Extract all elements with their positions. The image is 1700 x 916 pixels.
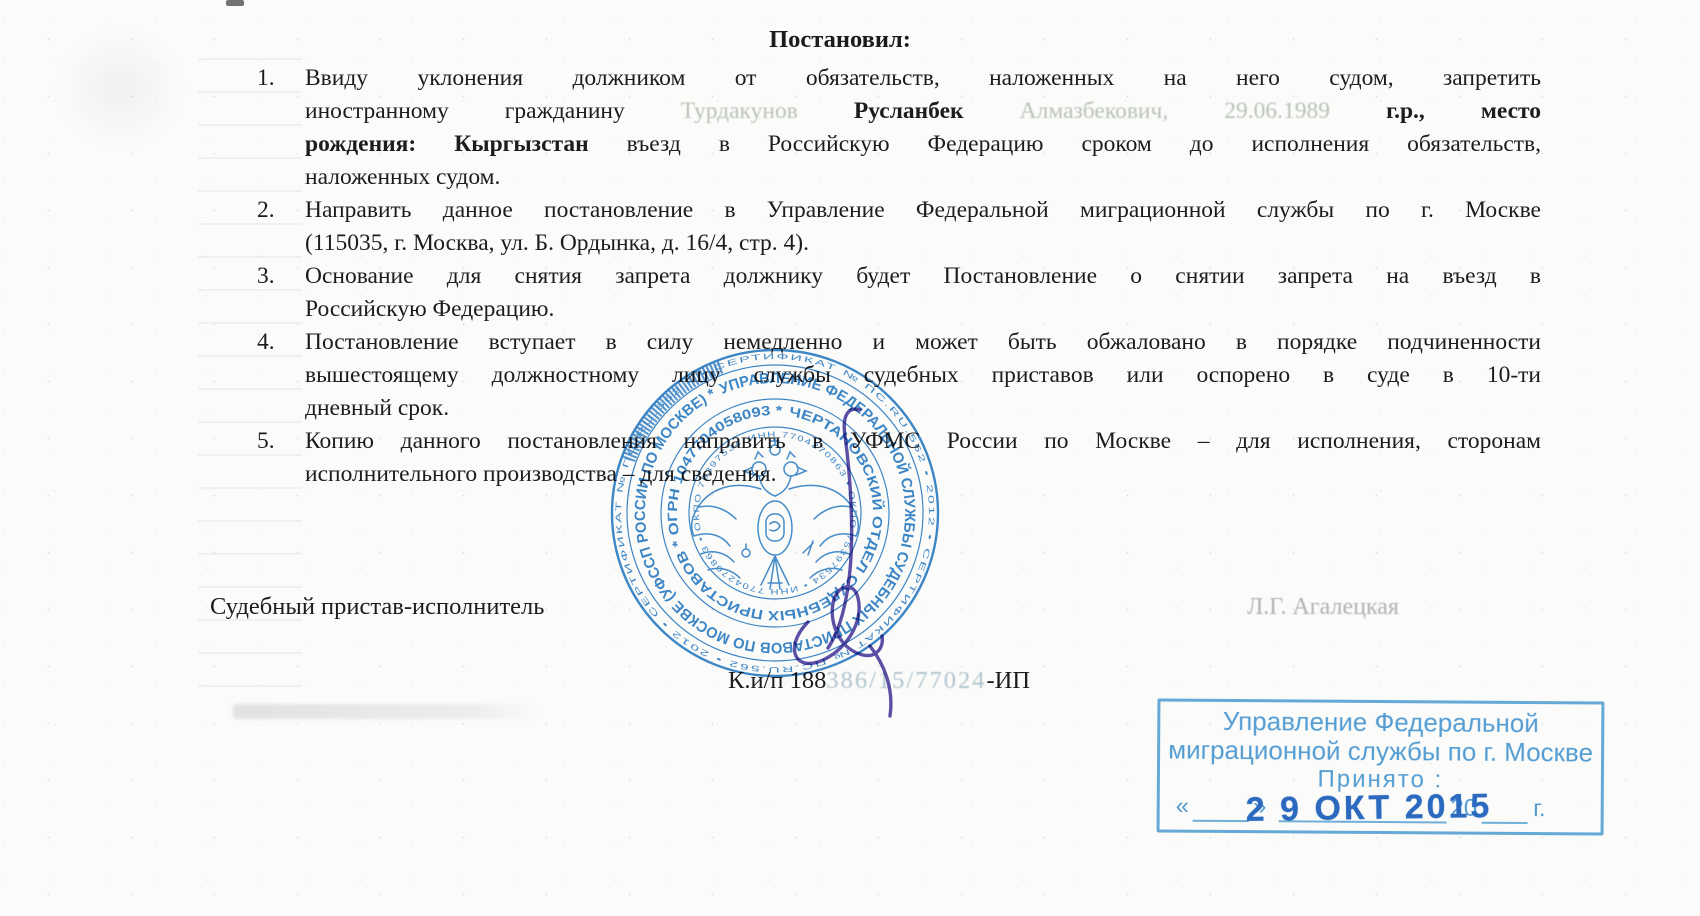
list-item-number: 2. (257, 194, 305, 260)
text-line: рождения: Кыргызстан въезд в Российскую … (305, 128, 1541, 161)
blank-day-field (1193, 798, 1249, 822)
page-title: Постановил: (305, 25, 1375, 55)
bold-birthplace: рождения: Кыргызстан (305, 131, 589, 157)
text-line: (115035, г. Москва, ул. Б. Ордынка, д. 1… (305, 227, 1541, 260)
quote-open: « (1176, 792, 1190, 822)
text-line: Ввиду уклонения должником от обязательст… (305, 62, 1541, 95)
case-number-suffix: -ИП (987, 667, 1031, 694)
illegible-ghost-text (233, 704, 538, 719)
list-item-number: 3. (257, 260, 305, 326)
text-line: Основание для снятия запрета должнику бу… (305, 260, 1541, 293)
bold-segment: г.р., место (1330, 98, 1541, 124)
signature-label: Судебный пристав-исполнитель (210, 594, 544, 620)
text-line: Российскую Федерацию. (305, 293, 1541, 326)
list-item-text: Основание для снятия запрета должнику бу… (305, 260, 1541, 326)
list-item-number: 4. (257, 326, 305, 425)
scan-corner-mark (226, 0, 244, 6)
document-page: Постановил: 1. Ввиду уклонения должником… (0, 0, 1700, 916)
ufms-stamp-line2: миграционной службы по г. Москве (1168, 736, 1593, 768)
list-item-text: Ввиду уклонения должником от обязательст… (305, 62, 1541, 194)
scan-smudge (55, 28, 185, 148)
text-line: наложенных судом. (305, 161, 1541, 194)
handwritten-signature (742, 398, 942, 720)
text-line: иностранному гражданину Турдакунов Русла… (305, 95, 1541, 128)
list-item-number: 1. (257, 62, 305, 194)
list-item-3: 3. Основание для снятия запрета должнику… (257, 260, 1541, 326)
text-segment: иностранному гражданину (305, 98, 681, 124)
faded-surname: Турдакунов (681, 98, 798, 124)
text-segment: въезд в Российскую Федерацию сроком до и… (589, 131, 1541, 157)
ufms-stamp-line1: Управление Федеральной (1223, 707, 1539, 738)
ufms-intake-stamp: Управление Федеральной миграционной служ… (1157, 698, 1605, 835)
text-line: Направить данное постановление в Управле… (305, 194, 1541, 227)
signature-name-faded: Л.Г. Агалецкая (1247, 594, 1399, 620)
faded-patronymic-dob: Алмазбекович, 29.06.1989 (1020, 98, 1330, 124)
list-item-number: 5. (257, 425, 305, 491)
bold-firstname: Русланбек (798, 98, 1020, 124)
list-item-1: 1. Ввиду уклонения должником от обязател… (257, 62, 1541, 194)
list-item-2: 2. Направить данное постановление в Упра… (257, 194, 1541, 260)
date-ink-stamp: 2 9 ОКТ 2015 (1245, 787, 1492, 830)
list-item-text: Направить данное постановление в Управле… (305, 194, 1541, 260)
year-suffix: г. (1533, 794, 1546, 824)
